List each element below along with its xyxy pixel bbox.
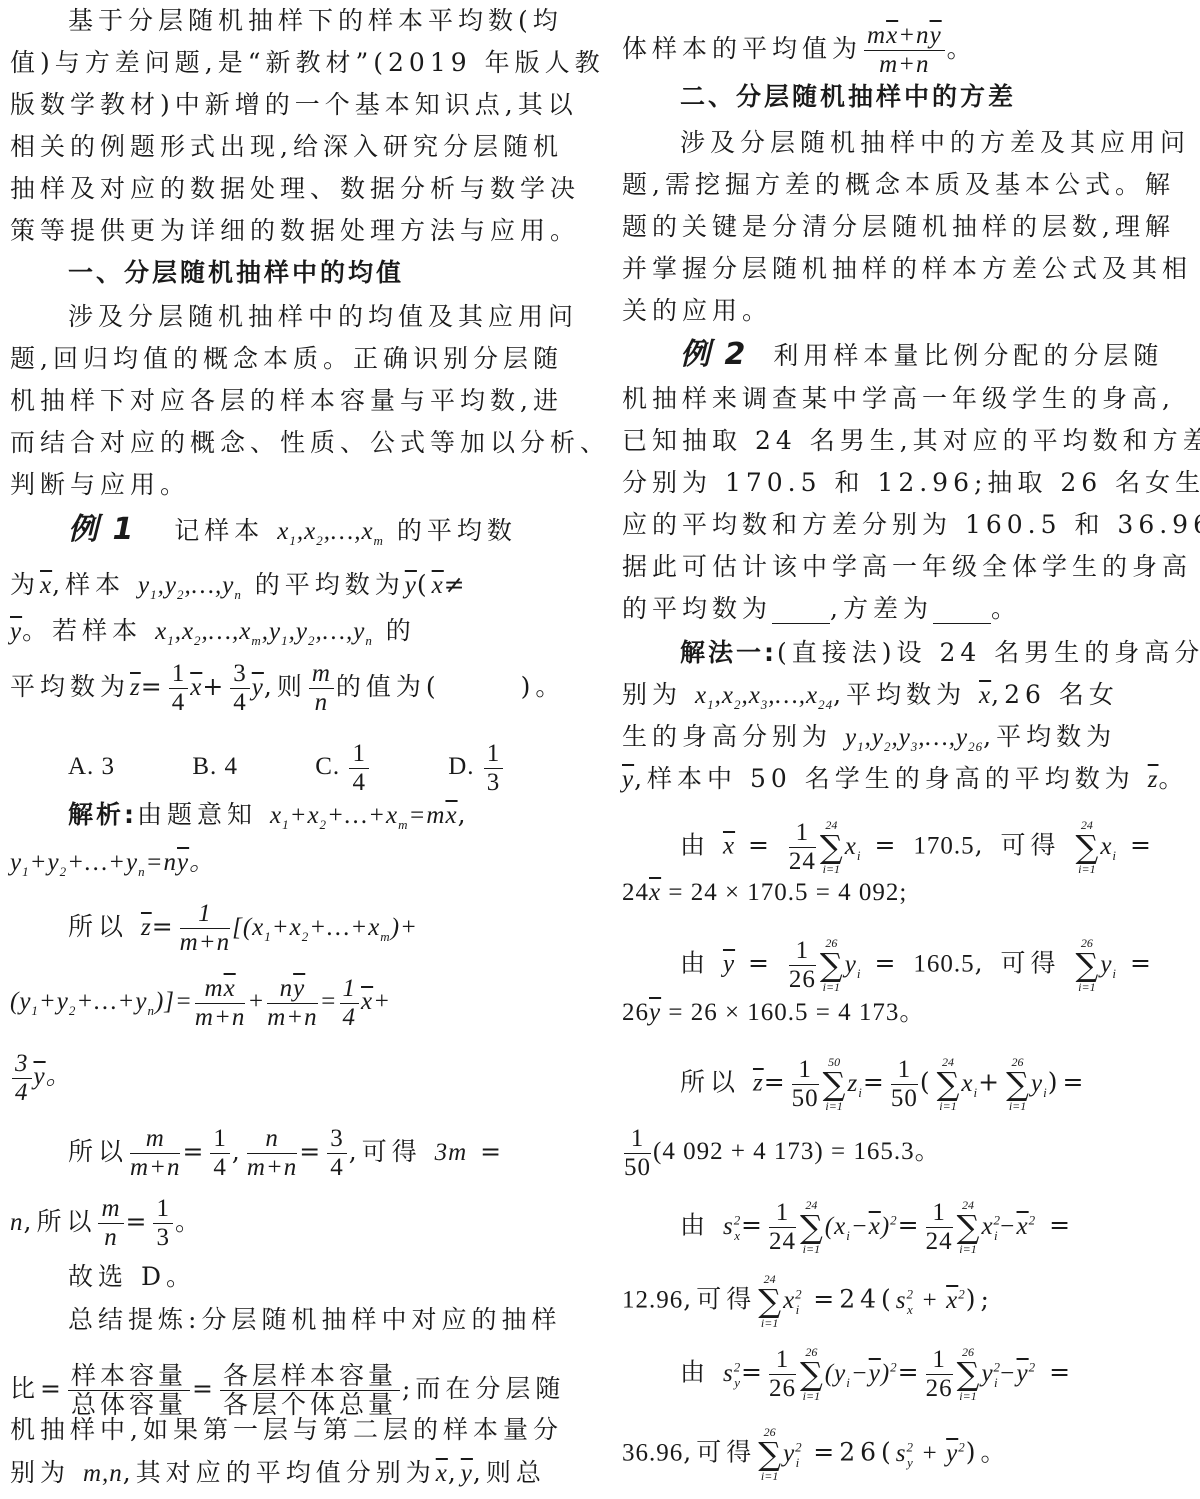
option-d[interactable]: D. 13 [448, 753, 505, 780]
solution-line6: 所以mm+n=14,nm+n=34,可得 3m = [10, 1125, 570, 1182]
formula-boys-sum: 24x = 24 × 170.5 = 4 092; [622, 878, 1184, 908]
paragraph-line: 题,回归均值的概念本质。正确识别分层随 [10, 344, 570, 374]
option-b[interactable]: B. 4 [192, 753, 238, 780]
paragraph-line: 涉及分层随机抽样中的均值及其应用问 [10, 302, 570, 332]
example2-line1: 例 2利用样本量比例分配的分层随 [622, 340, 1184, 371]
formula-total-result: 150(4 092 + 4 173) = 165.3。 [622, 1125, 1184, 1182]
paragraph-line: 涉及分层随机抽样中的方差及其应用问 [622, 128, 1184, 158]
summary-line4: 别为 m,n,其对应的平均值分别为x,y,则总 [10, 1458, 570, 1489]
method-line4: y,样本中 50 名学生的身高的平均数为 z。 [622, 764, 1184, 795]
example2-line: 应的平均数和方差分别为 160.5 和 36.96。 [622, 510, 1184, 540]
paragraph-line: 并掌握分层随机抽样的样本方差公式及其相 [622, 254, 1184, 284]
example-label: 例 2 [680, 337, 747, 372]
example1-options: A. 3 B. 4 C. 14 D. 13 [10, 740, 570, 797]
solution-line2: y1+y2+…+yn=ny。 [10, 848, 570, 887]
formula-girls-sumsq: 36.96,可得26∑i=1y2i =26(s2y + y2)。 [622, 1425, 1184, 1483]
example2-line: 分别为 170.5 和 12.96;抽取 26 名女生,其对 [622, 468, 1184, 498]
paragraph-line: 题,需挖掘方差的概念本质及基本公式。解 [622, 170, 1184, 200]
paragraph-line: 题的关键是分清分层随机抽样的层数,理解 [622, 212, 1184, 242]
paragraph-line: 而结合对应的概念、性质、公式等加以分析、 [10, 428, 570, 458]
example1-line3: y。若样本 x1,x2,…,xm,y1,y2,…,yn 的 [10, 616, 570, 656]
summary-line1: 总结提炼:分层随机抽样中对应的抽样 [10, 1305, 570, 1335]
example2-line: 机抽样来调查某中学高一年级学生的身高, [622, 384, 1184, 414]
intro-line: 基于分层随机抽样下的样本平均数(均 [10, 6, 570, 36]
intro-line: 抽样及对应的数据处理、数据分析与数学决 [10, 174, 570, 204]
summary-line5: 体样本的平均值为mx+nym+n。 [622, 22, 1184, 79]
example2-line: 已知抽取 24 名男生,其对应的平均数和方差 [622, 426, 1184, 456]
intro-line: 版数学教材)中新增的一个基本知识点,其以 [10, 90, 570, 120]
paragraph-line: 判断与应用。 [10, 470, 570, 500]
example2-line: 的平均数为,方差为。 [622, 594, 1184, 624]
example1-line4: 平均数为z=14x+34y,则mn的值为()。 [10, 660, 570, 717]
formula-boys-variance: 由 s2x=12424∑i=1(xi−x)2=12424∑i=1x2i−x2 = [622, 1198, 1184, 1256]
summary-line2: 比=样本容量总体容量=各层样本容量各层个体总量;而在分层随 [10, 1362, 570, 1419]
solution-line1: 解析:由题意知 x1+x2+…+xm=mx, [10, 800, 570, 840]
formula-girls-variance: 由 s2y=12626∑i=1(yi−y)2=12626∑i=1y2i−y2 = [622, 1345, 1184, 1403]
mean-answer-blank[interactable] [772, 601, 830, 624]
conclusion: 故选 D。 [10, 1262, 570, 1292]
formula-total-mean: 所以 z=15050∑i=1zi=150(24∑i=1xi+26∑i=1yi)= [622, 1055, 1184, 1113]
solution-line5: 34y。 [10, 1050, 570, 1107]
solution-line7: n,所以mn=13。 [10, 1195, 570, 1252]
formula-girls-mean: 由 y = 12626∑i=1yi = 160.5, 可得 26∑i=1yi = [622, 936, 1184, 994]
formula-boys-sumsq: 12.96,可得24∑i=1x2i =24(s2x + x2); [622, 1272, 1184, 1330]
variance-answer-blank[interactable] [933, 601, 991, 624]
intro-line: 策等提供更为详细的数据处理方法与应用。 [10, 216, 570, 246]
section-heading: 一、分层随机抽样中的均值 [10, 258, 570, 288]
formula-boys-mean: 由 x = 12424∑i=1xi = 170.5, 可得 24∑i=1xi = [622, 818, 1184, 876]
formula-girls-sum: 26y = 26 × 160.5 = 4 173。 [622, 998, 1184, 1028]
example1-line1: 例 1 记样本 x1,x2,…,xm 的平均数 [10, 515, 570, 556]
example1-line2: 为x,样本 y1,y2,…,yn 的平均数为y(x≠ [10, 570, 570, 610]
paragraph-line: 关的应用。 [622, 296, 1184, 326]
example2-line: 据此可估计该中学高一年级全体学生的身高 [622, 552, 1184, 582]
method-line3: 生的身高分别为 y1,y2,y3,…,y26,平均数为 [622, 722, 1184, 762]
summary-line3: 机抽样中,如果第一层与第二层的样本量分 [10, 1415, 570, 1445]
intro-line: 值)与方差问题,是“新教材”(2019 年版人教 [10, 48, 570, 78]
paragraph-line: 机抽样下对应各层的样本容量与平均数,进 [10, 386, 570, 416]
section-heading: 二、分层随机抽样中的方差 [622, 82, 1184, 112]
method-line2: 别为 x1,x2,x3,…,x24,平均数为 x,26 名女 [622, 680, 1184, 720]
solution-line4: (y1+y2+…+yn)]=mxm+n+nym+n=14x+ [10, 975, 570, 1032]
solution-line3: 所以 z=1m+n[(x1+x2+…+xm)+ [10, 900, 570, 957]
option-a[interactable]: A. 3 [68, 753, 115, 780]
option-c[interactable]: C. 14 [315, 753, 371, 780]
intro-line: 相关的例题形式出现,给深入研究分层随机 [10, 132, 570, 162]
method-line1: 解法一:(直接法)设 24 名男生的身高分 [622, 638, 1184, 668]
example-label: 例 1 [68, 512, 135, 547]
